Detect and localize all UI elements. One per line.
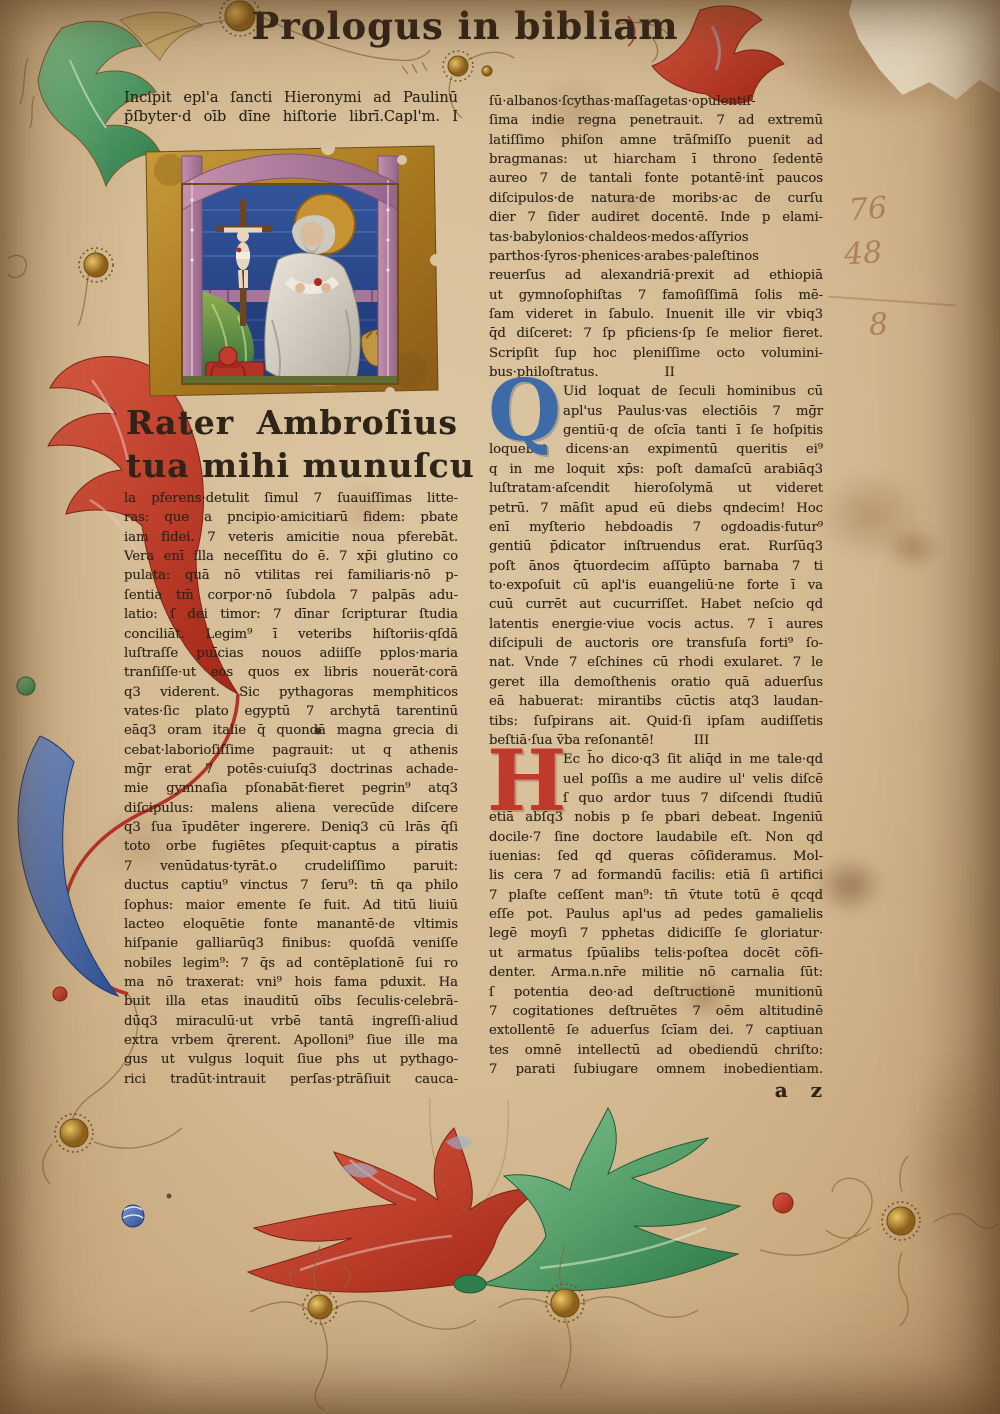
quire-signature: a z [690, 1078, 830, 1102]
green-acanthus-bottom [482, 1108, 740, 1291]
text-line: Rater Ambroſius [126, 401, 458, 444]
text-line: 8 [868, 302, 897, 348]
text-line: toto orbe fugiētes pſequit·captus a pira… [124, 837, 458, 856]
opening-display-lines: Rater Ambroſiustua mihi munuſcu [126, 401, 458, 487]
text-line: ſima indie regna penetrauit. 7 ad extrem… [489, 111, 823, 130]
stain [900, 1050, 1000, 1270]
text-line: docile·7 ſine doctore laudabile eſt. Non… [489, 828, 823, 847]
text-line: 76 [847, 187, 888, 234]
text-line: rici tradūt·intrauit perſas·ptrāſiuit ca… [124, 1070, 458, 1089]
text-line: dūq3 miraculū·ut vrbē tantā ingreſſi·ali… [124, 1012, 458, 1031]
text-line: ductus captiu⁹ vinctus 7 ſeru⁹: tn̄ qa p… [124, 876, 458, 895]
text-line: Incipit epl'a ſancti Hieronymi ad Paulin… [124, 89, 458, 108]
red-berry [773, 1193, 793, 1213]
text-line: ma nō traxerat: vni⁹ hois fama pduxit. H… [124, 973, 458, 992]
text-line: mie gymnaſia pſonabāt·fieret pegrin⁹ atq… [124, 779, 458, 798]
text-line: luſtratam·aſcendit hieroſolymā ut videre… [489, 479, 823, 498]
text-line: q in me loquit xp̄s: poſt damaſcū arabiā… [489, 460, 823, 479]
stain [815, 855, 885, 915]
text-line: latentis energie·viue vocis actus. 7 ī a… [489, 615, 823, 634]
text-line: p̄ſbyter·d oīb dīne hiſtorie librī.Capl'… [124, 108, 458, 127]
text-line: 48 [843, 230, 892, 277]
text-line: petrū. 7 māſit apud eū diebs qndecim! Ho… [489, 499, 823, 518]
text-line: luſtraſſe puīcias nouos adiiſſe pplos·ma… [124, 644, 458, 663]
text-line: cuū currēt aut cucurriſſet. Habet neſcio… [489, 595, 823, 614]
text-line: eāq3 oram italie q̄ quondā magna grecia … [124, 721, 458, 740]
text-line: hiſpanie galliarūq3 finibus: quoſdā veni… [124, 934, 458, 953]
text-line: gentiū p̄dicator inſtruendus erat. Rurſū… [489, 537, 823, 556]
green-bead [17, 677, 35, 695]
illuminated-initial-miniature [140, 140, 442, 398]
text-line: gus ut vulgus loquit ſiue phs ut pythago… [124, 1050, 458, 1069]
incipit-rubric: Incipit epl'a ſancti Hieronymi ad Paulin… [124, 89, 458, 127]
torn-corner-patch [832, 0, 1000, 108]
text-line: to·expoſuit cū apl'is euangeliū·ne forte… [489, 576, 823, 595]
stain [430, 1300, 650, 1410]
text-line: vates·ſic plato egyptū 7 archytā tarenti… [124, 702, 458, 721]
text-line: latiſſimo phiſon amne trāſmiſſo puenit a… [489, 131, 823, 150]
ink-speck [167, 1194, 172, 1199]
text-line: ſophus: maior emente ſe fuit. Ad titū li… [124, 896, 458, 915]
stain [885, 525, 940, 570]
text-line: enī myſterio hebdoadis 7 ogdoadis·futur⁹ [489, 518, 823, 537]
text-line: aureo 7 de tantali fonte potantē·int̄ pa… [489, 169, 823, 188]
text-line: lis cera 7 ad formandū facilis: etiā ſi … [489, 866, 823, 885]
text-line: ras: que a pncipio·amicitiarū fidem: pba… [124, 508, 458, 527]
text-line: ſ potentia deo·ad deſtructionē munitionū [489, 983, 823, 1002]
text-line: extra vrbem q̄rerent. Apolloni⁹ ſiue ill… [124, 1031, 458, 1050]
text-column-right: ſū·albanos·ſcythas·maſſagetas·opulentiſ-… [489, 92, 823, 1079]
text-line: nat. Vnde 7 eſchines cū rhodi exularet. … [489, 653, 823, 672]
text-line: latio: ſ dei timor: 7 dīnar ſcripturar ſ… [124, 605, 458, 624]
red-acanthus-bottom [248, 1128, 540, 1292]
text-line: reuerſus ad alexandriā·prexit ad ethiopi… [489, 266, 823, 285]
text-line: tua mihi munuſcu [126, 444, 458, 487]
handwritten-marginalia: 76488 [837, 187, 896, 350]
text-line: q3 viderent. Sic pythagoras memphiticos [124, 683, 458, 702]
text-line: tranſiſſe·ut eos quos ex libris nouerāt·… [124, 663, 458, 682]
green-bead [454, 1275, 486, 1293]
text-column-left: la pferens·detulit ſimul 7 ſuauiſſimas l… [124, 489, 458, 1089]
text-line: 7 cogitationes deſtruētes 7 oēm altitudi… [489, 1002, 823, 1021]
text-line: buit illa etas inauditū oībs ſeculis·cel… [124, 992, 458, 1011]
text-line: ut armatus ſpūalibs telis·poſtea docēt c… [489, 944, 823, 963]
text-line: geret illa demoſthenis oratio quā aduerſ… [489, 673, 823, 692]
text-line: extollentē ſe aduerſus ſcīam dei. 7 capt… [489, 1021, 823, 1040]
text-line: poſt ānos q̄tuordecim aſſūpto barnaba 7 … [489, 557, 823, 576]
text-line: 7 parati ſubiugare omnem inobedientiam. [489, 1060, 823, 1079]
text-line: parthos·ſyros·phenices·arabes·paleſtinos [489, 247, 823, 266]
text-line: bragmanas: ut hiarcham ī throno ſedentē [489, 150, 823, 169]
text-line: diſcipulos·de natura·de moribs·ac de cur… [489, 189, 823, 208]
text-line: tes omnē intellectū ad obediendū chriſto… [489, 1041, 823, 1060]
text-line: diſcipulus: malens aliena verecūde diſce… [124, 799, 458, 818]
text-line: ſam videret in ſabulo. Inuenit ille vir … [489, 305, 823, 324]
red-berry [53, 987, 67, 1001]
text-line: la pferens·detulit ſimul 7 ſuauiſſimas l… [124, 489, 458, 508]
stain [815, 470, 925, 560]
text-line: ut gymnoſophiſtas 7 famoſiſſimā ſolis mē… [489, 286, 823, 305]
text-line: iam fidei. 7 veteris amicitie noua pfere… [124, 528, 458, 547]
text-line: mḡr erat 7 potēs·cuiuſq3 doctrinas achad… [124, 760, 458, 779]
text-line: eā habuerat: mirantibs cūctis atq3 lauda… [489, 692, 823, 711]
text-line: q̄d diſceret: 7 ſp pficiens·ſp ſe melior… [489, 324, 823, 343]
text-line: q3 ſua īpudēter ingerere. Deniq3 cū lrās… [124, 818, 458, 837]
blue-bead [122, 1205, 144, 1227]
bead-highlight [123, 1207, 143, 1218]
text-line: nobiles legim⁹: 7 q̄s ad contēplationē ſ… [124, 954, 458, 973]
text-line: iuenias: ſed qd queras cōſideramus. Mol- [489, 847, 823, 866]
text-line: 7 venūdatus·tyrāt.o crudeliſſimo paruit: [124, 857, 458, 876]
text-line: tas·babylonios·chaldeos·medos·aſſyrios [489, 228, 823, 247]
text-line: Vera enī illa neceſſitu do ē. 7 xp̄i glu… [124, 547, 458, 566]
text-line: diſcipuli de auctoris ore transfuſa fort… [489, 634, 823, 653]
text-line: ſentia tm̄ corpor·nō ſubdola 7 palpās ad… [124, 586, 458, 605]
lombard-initial-q: Q [488, 378, 561, 444]
text-line: pulata: quā nō vtilitas rei familiaris·n… [124, 566, 458, 585]
text-line: conciliāt. Legim⁹ ī veteribs hiſtoriis·q… [124, 625, 458, 644]
text-line: denter. Arma.n.nr̄e militie nō carnalia … [489, 963, 823, 982]
text-line: cebat·laborioſiſſime pagrauit: ut q athe… [124, 741, 458, 760]
text-line: legē moyſi 7 pphetas didiciſſe ſe gloria… [489, 924, 823, 943]
text-line: 7 plaſte ceſſent man⁹: tn̄ v̄tute totū ē… [489, 886, 823, 905]
stain [10, 1340, 170, 1414]
text-line: tibs: ſuſpirans ait. Quid·ſi ipſam audiſ… [489, 712, 823, 731]
text-line: eſſe pot. Paulus apl'us ad pedes gamalie… [489, 905, 823, 924]
lombard-initial-h: H [487, 748, 566, 814]
text-line: lacteo eloquētie fonte manantē·de vltimi… [124, 915, 458, 934]
text-line: dier 7 ſider audiret docentē. Inde p ela… [489, 208, 823, 227]
manuscript-page: Prologus in bibliam Incipit epl'a ſancti… [0, 0, 1000, 1414]
text-line: ſū·albanos·ſcythas·maſſagetas·opulentiſ- [489, 92, 823, 111]
page-heading: Prologus in bibliam [230, 4, 700, 48]
blue-leaf-left-border [18, 736, 118, 996]
